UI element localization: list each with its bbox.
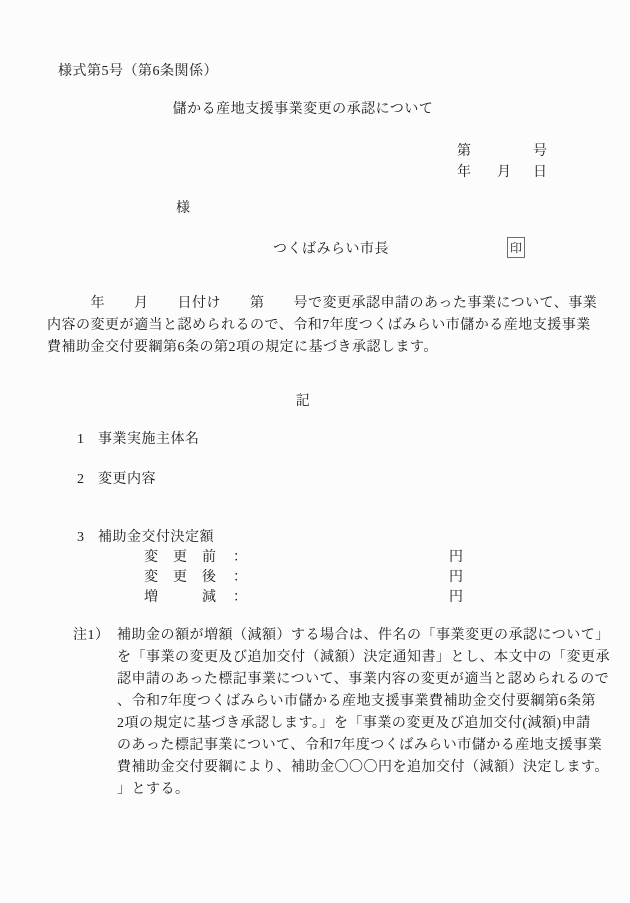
issue-number-suffix: 号 xyxy=(533,144,548,159)
amount-before-unit: 円 xyxy=(449,550,464,565)
body-line-3: 費補助金交付要綱第6条の第2項の規定に基づき承認します。 xyxy=(47,340,438,355)
record-marker: 記 xyxy=(0,394,606,409)
note-line-3: 認申請のあった標記事業について、事業内容の変更が適当と認められるので xyxy=(117,672,609,687)
note-label: 注1） xyxy=(73,628,110,643)
amount-before-colon: ： xyxy=(233,550,248,565)
amount-diff-unit: 円 xyxy=(449,590,464,605)
amount-after-colon: ： xyxy=(233,570,248,585)
item-3-number: 3 xyxy=(77,530,85,545)
item-1-label: 事業実施主体名 xyxy=(98,432,200,447)
amount-diff-colon: ： xyxy=(233,590,248,605)
seal-label: 印 xyxy=(510,242,522,254)
issue-number-prefix: 第 xyxy=(457,144,472,159)
item-3-label: 補助金交付決定額 xyxy=(98,530,214,545)
document-title: 儲かる産地支援事業変更の承認について xyxy=(0,102,606,117)
seal-mark: 印 xyxy=(507,237,525,258)
note-line-5: 2項の規定に基づき承認します。」を「事業の変更及び追加交付(減額)申請 xyxy=(117,716,591,731)
amount-diff-label: 増 減 xyxy=(144,590,217,605)
date-day-label: 日 xyxy=(533,165,548,180)
note-line-2: を「事業の変更及び追加交付（減額）決定通知書」とし、本文中の「変更承 xyxy=(117,650,610,665)
item-1-number: 1 xyxy=(77,432,85,447)
amount-after-label: 変 更 後 xyxy=(144,570,217,585)
amount-after-unit: 円 xyxy=(449,570,464,585)
addressee-honorific: 様 xyxy=(176,201,191,216)
item-2-label: 変更内容 xyxy=(98,472,156,487)
item-2-number: 2 xyxy=(77,472,85,487)
note-line-4: 、令和7年度つくばみらい市儲かる産地支援事業費補助金交付要綱第6条第 xyxy=(117,694,596,709)
note-line-6: のあった標記事業について、令和7年度つくばみらい市儲かる産地支援事業 xyxy=(117,738,602,753)
body-line-1: 年 月 日付け 第 号で変更承認申請のあった事業について、事業 xyxy=(47,296,597,311)
amount-before-label: 変 更 前 xyxy=(144,550,217,565)
date-month-label: 月 xyxy=(497,165,512,180)
body-line-2: 内容の変更が適当と認められるので、令和7年度つくばみらい市儲かる産地支援事業 xyxy=(47,318,591,333)
document-page: 様式第5号（第6条関係） 儲かる産地支援事業変更の承認について 第 号 年 月 … xyxy=(0,0,630,903)
form-number: 様式第5号（第6条関係） xyxy=(58,64,218,79)
note-line-1: 補助金の額が増額（減額）する場合は、件名の「事業変更の承認について」 xyxy=(117,628,610,643)
note-line-7: 費補助金交付要綱により、補助金〇〇〇円を追加交付（減額）決定します。 xyxy=(117,760,609,775)
note-line-8: 」とする。 xyxy=(117,782,190,797)
sender-name: つくばみらい市長 xyxy=(273,242,389,257)
date-year-label: 年 xyxy=(457,165,472,180)
